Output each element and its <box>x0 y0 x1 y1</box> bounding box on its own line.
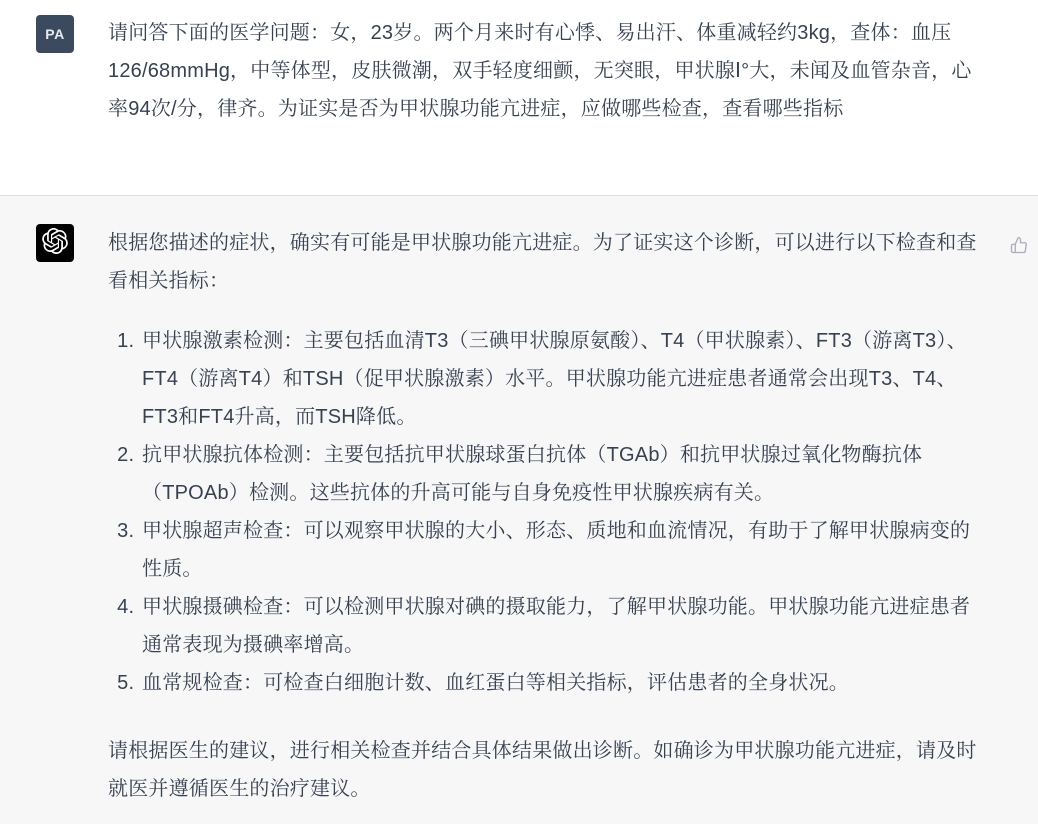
chat-thread: PA 请问答下面的医学问题：女，23岁。两个月来时有心悸、易出汗、体重减轻约3k… <box>0 0 1038 824</box>
user-message: PA 请问答下面的医学问题：女，23岁。两个月来时有心悸、易出汗、体重减轻约3k… <box>0 0 1038 195</box>
user-message-text: 请问答下面的医学问题：女，23岁。两个月来时有心悸、易出汗、体重减轻约3kg，查… <box>108 14 988 128</box>
openai-logo-icon <box>42 228 68 259</box>
thumbs-up-button[interactable] <box>1010 236 1028 254</box>
assistant-message-content: 根据您描述的症状，确实有可能是甲状腺功能亢进症。为了证实这个诊断，可以进行以下检… <box>108 224 988 808</box>
assistant-intro-text: 根据您描述的症状，确实有可能是甲状腺功能亢进症。为了证实这个诊断，可以进行以下检… <box>108 224 988 300</box>
assistant-closing-text: 请根据医生的建议，进行相关检查并结合具体结果做出诊断。如确诊为甲状腺功能亢进症，… <box>108 732 988 808</box>
list-item: 血常规检查：可检查白细胞计数、血红蛋白等相关指标，评估患者的全身状况。 <box>140 664 988 702</box>
list-item: 甲状腺激素检测：主要包括血清T3（三碘甲状腺原氨酸）、T4（甲状腺素）、FT3（… <box>140 322 988 436</box>
assistant-message: 根据您描述的症状，确实有可能是甲状腺功能亢进症。为了证实这个诊断，可以进行以下检… <box>0 195 1038 824</box>
list-item: 甲状腺超声检查：可以观察甲状腺的大小、形态、质地和血流情况，有助于了解甲状腺病变… <box>140 512 988 588</box>
assistant-avatar <box>36 224 74 262</box>
user-avatar: PA <box>36 15 74 53</box>
assistant-message-actions <box>1010 224 1028 254</box>
list-item: 甲状腺摄碘检查：可以检测甲状腺对碘的摄取能力，了解甲状腺功能。甲状腺功能亢进症患… <box>140 588 988 664</box>
assistant-numbered-list: 甲状腺激素检测：主要包括血清T3（三碘甲状腺原氨酸）、T4（甲状腺素）、FT3（… <box>108 322 988 702</box>
user-avatar-initials: PA <box>45 26 64 42</box>
thumbs-up-icon <box>1010 242 1028 257</box>
user-message-content: 请问答下面的医学问题：女，23岁。两个月来时有心悸、易出汗、体重减轻约3kg，查… <box>108 14 988 128</box>
list-item: 抗甲状腺抗体检测：主要包括抗甲状腺球蛋白抗体（TGAb）和抗甲状腺过氧化物酶抗体… <box>140 436 988 512</box>
